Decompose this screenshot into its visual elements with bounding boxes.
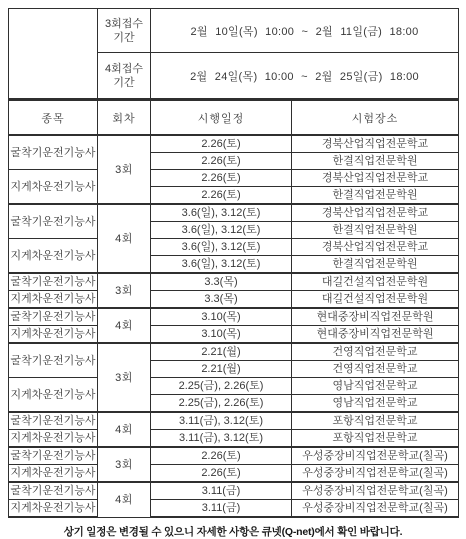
schedule-cell: 3.3(목): [151, 273, 292, 291]
schedule-cell: 2.26(토): [151, 187, 292, 205]
document-page: 3회접수 기간 2월 10일(목) 10:00 ~ 2월 11일(금) 18:0…: [0, 0, 466, 520]
column-header-subject: 종목: [9, 100, 98, 136]
column-header-schedule: 시행일정: [151, 100, 292, 136]
subject-cell: 지게차운전기능사: [9, 378, 98, 413]
venue-cell: 현대중장비직업전문학원: [292, 326, 459, 344]
table-row: 굴착기운전기능사 4회 3.11(금) 우성중장비직업전문학교(칠곡): [9, 482, 459, 500]
subject-cell: 지게차운전기능사: [9, 430, 98, 448]
column-header-round: 회차: [98, 100, 151, 136]
schedule-cell: 3.11(금), 3.12(토): [151, 412, 292, 430]
venue-cell: 포항직업전문학교: [292, 430, 459, 448]
table-row: 지게차운전기능사 3.3(목) 대길건설직업전문학원: [9, 291, 459, 309]
subject-cell: 굴착기운전기능사: [9, 412, 98, 430]
venue-cell: 건영직업전문학교: [292, 343, 459, 361]
schedule-cell: 3.6(일), 3.12(토): [151, 256, 292, 274]
table-row: 굴착기운전기능사 3회 3.3(목) 대길건설직업전문학원: [9, 273, 459, 291]
venue-cell: 경북산업직업전문학교: [292, 204, 459, 222]
schedule-cell: 2.25(금), 2.26(토): [151, 378, 292, 395]
schedule-cell: 2.26(토): [151, 465, 292, 483]
venue-cell: 한결직업전문학원: [292, 256, 459, 274]
schedule-cell: 3.11(금): [151, 482, 292, 500]
table-row: 굴착기운전기능사 3회 2.26(토) 경북산업직업전문학교: [9, 135, 459, 153]
venue-cell: 경북산업직업전문학교: [292, 239, 459, 256]
subject-cell: 굴착기운전기능사: [9, 308, 98, 326]
subject-cell: 지게차운전기능사: [9, 239, 98, 274]
round-cell: 4회: [98, 482, 151, 517]
schedule-cell: 2.26(토): [151, 447, 292, 465]
subject-cell: 굴착기운전기능사: [9, 273, 98, 291]
table-row: 굴착기운전기능사 4회 3.10(목) 현대중장비직업전문학원: [9, 308, 459, 326]
venue-cell: 경북산업직업전문학교: [292, 135, 459, 153]
venue-cell: 우성중장비직업전문학교(칠곡): [292, 447, 459, 465]
schedule-cell: 2.26(토): [151, 153, 292, 170]
table-row: 지게차운전기능사 3.11(금), 3.12(토) 포항직업전문학교: [9, 430, 459, 448]
venue-cell: 영남직업전문학교: [292, 378, 459, 395]
schedule-cell: 3.6(일), 3.12(토): [151, 204, 292, 222]
venue-cell: 한결직업전문학원: [292, 222, 459, 239]
schedule-cell: 3.10(목): [151, 308, 292, 326]
table-row: 지게차운전기능사 3.11(금) 우성중장비직업전문학교(칠곡): [9, 500, 459, 518]
table-row: 지게차운전기능사 3.6(일), 3.12(토) 경북산업직업전문학교: [9, 239, 459, 256]
schedule-cell: 3.11(금): [151, 500, 292, 518]
schedule-cell: 2.25(금), 2.26(토): [151, 395, 292, 413]
venue-cell: 포항직업전문학교: [292, 412, 459, 430]
schedule-cell: 3.6(일), 3.12(토): [151, 239, 292, 256]
table-header-row: 종목 회차 시행일정 시험장소: [9, 100, 459, 136]
venue-cell: 우성중장비직업전문학교(칠곡): [292, 465, 459, 483]
subject-cell: 지게차운전기능사: [9, 326, 98, 344]
table-row: 굴착기운전기능사 4회 3.11(금), 3.12(토) 포항직업전문학교: [9, 412, 459, 430]
registration-period: 2월 10일(목) 10:00 ~ 2월 11일(금) 18:00: [151, 9, 459, 53]
round-cell: 4회: [98, 308, 151, 343]
venue-cell: 대길건설직업전문학원: [292, 273, 459, 291]
round-cell: 3회: [98, 273, 151, 308]
subject-cell: 굴착기운전기능사: [9, 447, 98, 465]
table-row: 지게차운전기능사 2.25(금), 2.26(토) 영남직업전문학교: [9, 378, 459, 395]
round-cell: 4회: [98, 204, 151, 273]
registration-label-line: 4회접수: [98, 62, 150, 76]
venue-cell: 건영직업전문학교: [292, 361, 459, 378]
exam-schedule-table: 3회접수 기간 2월 10일(목) 10:00 ~ 2월 11일(금) 18:0…: [8, 8, 459, 518]
table-row: 굴착기운전기능사 3회 2.21(월) 건영직업전문학교: [9, 343, 459, 361]
registration-row: 3회접수 기간 2월 10일(목) 10:00 ~ 2월 11일(금) 18:0…: [9, 9, 459, 53]
schedule-cell: 3.11(금), 3.12(토): [151, 430, 292, 448]
schedule-cell: 3.10(목): [151, 326, 292, 344]
table-row: 굴착기운전기능사 4회 3.6(일), 3.12(토) 경북산업직업전문학교: [9, 204, 459, 222]
schedule-cell: 3.3(목): [151, 291, 292, 309]
table-row: 지게차운전기능사 3.10(목) 현대중장비직업전문학원: [9, 326, 459, 344]
table-row: 지게차운전기능사 2.26(토) 우성중장비직업전문학교(칠곡): [9, 465, 459, 483]
footer-note: 상기 일정은 변경될 수 있으니 자세한 사항은 큐넷(Q-net)에서 확인 …: [8, 524, 458, 539]
venue-cell: 영남직업전문학교: [292, 395, 459, 413]
subject-cell: 지게차운전기능사: [9, 465, 98, 483]
schedule-cell: 2.26(토): [151, 170, 292, 187]
subject-cell: 굴착기운전기능사: [9, 204, 98, 239]
table-row: 굴착기운전기능사 3회 2.26(토) 우성중장비직업전문학교(칠곡): [9, 447, 459, 465]
venue-cell: 대길건설직업전문학원: [292, 291, 459, 309]
venue-cell: 한결직업전문학원: [292, 153, 459, 170]
round-cell: 3회: [98, 343, 151, 412]
schedule-cell: 2.21(월): [151, 343, 292, 361]
venue-cell: 현대중장비직업전문학원: [292, 308, 459, 326]
subject-cell: 굴착기운전기능사: [9, 343, 98, 378]
venue-cell: 경북산업직업전문학교: [292, 170, 459, 187]
round-cell: 4회: [98, 412, 151, 447]
registration-label-cell: 4회접수 기간: [98, 53, 151, 100]
registration-period: 2월 24일(목) 10:00 ~ 2월 25일(금) 18:00: [151, 53, 459, 100]
schedule-cell: 2.21(월): [151, 361, 292, 378]
schedule-cell: 3.6(일), 3.12(토): [151, 222, 292, 239]
registration-label-line: 기간: [98, 31, 150, 45]
round-cell: 3회: [98, 447, 151, 482]
subject-cell: 굴착기운전기능사: [9, 135, 98, 170]
venue-cell: 한결직업전문학원: [292, 187, 459, 205]
venue-cell: 우성중장비직업전문학교(칠곡): [292, 500, 459, 518]
round-cell: 3회: [98, 135, 151, 204]
table-row: 지게차운전기능사 2.26(토) 경북산업직업전문학교: [9, 170, 459, 187]
registration-label-cell: 3회접수 기간: [98, 9, 151, 53]
registration-label-line: 3회접수: [98, 17, 150, 31]
subject-cell: 지게차운전기능사: [9, 500, 98, 518]
registration-label-line: 기간: [98, 76, 150, 90]
blank-cell: [9, 9, 98, 100]
venue-cell: 우성중장비직업전문학교(칠곡): [292, 482, 459, 500]
subject-cell: 지게차운전기능사: [9, 291, 98, 309]
subject-cell: 지게차운전기능사: [9, 170, 98, 205]
schedule-cell: 2.26(토): [151, 135, 292, 153]
subject-cell: 굴착기운전기능사: [9, 482, 98, 500]
column-header-venue: 시험장소: [292, 100, 459, 136]
